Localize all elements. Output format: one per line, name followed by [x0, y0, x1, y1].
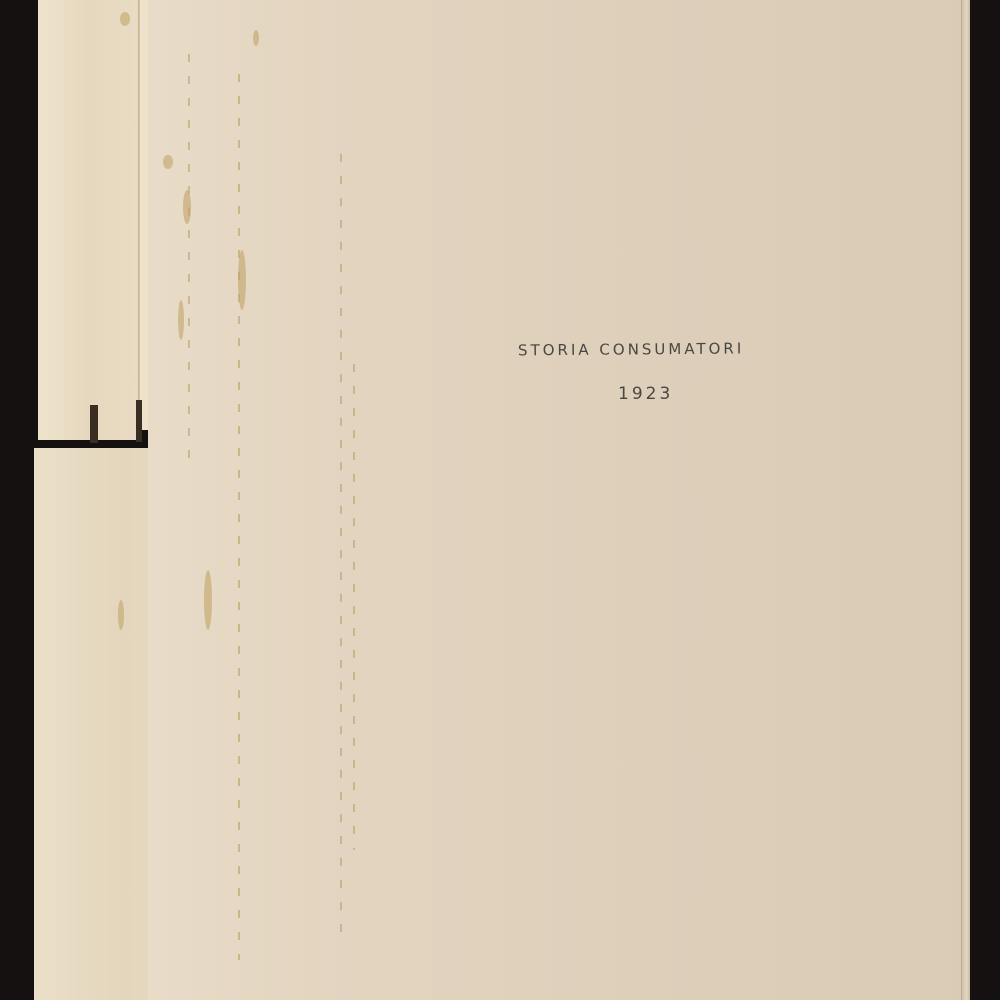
torn-edge	[90, 405, 98, 443]
water-stain	[238, 60, 240, 960]
stain-spot	[253, 30, 259, 46]
cover-sheet	[148, 0, 970, 1000]
stain-spot	[204, 570, 212, 630]
stain-spot	[183, 190, 191, 224]
stain-spot	[163, 155, 173, 169]
stain-spot	[118, 600, 124, 630]
sheet-right-edge	[961, 0, 970, 1000]
document-stack	[38, 0, 970, 1000]
water-stain	[353, 350, 355, 850]
water-stain	[188, 40, 190, 460]
handwritten-label: STORIA CONSUMATORI 1923	[518, 340, 838, 404]
stain-spot	[178, 300, 184, 340]
handwritten-year: 1923	[518, 384, 838, 404]
stain-spot	[238, 250, 246, 310]
folded-strip-outer	[38, 0, 138, 440]
stain-spot	[120, 12, 130, 26]
torn-edge	[136, 400, 142, 442]
water-stain	[340, 140, 342, 940]
handwritten-title: STORIA CONSUMATORI	[518, 339, 838, 360]
